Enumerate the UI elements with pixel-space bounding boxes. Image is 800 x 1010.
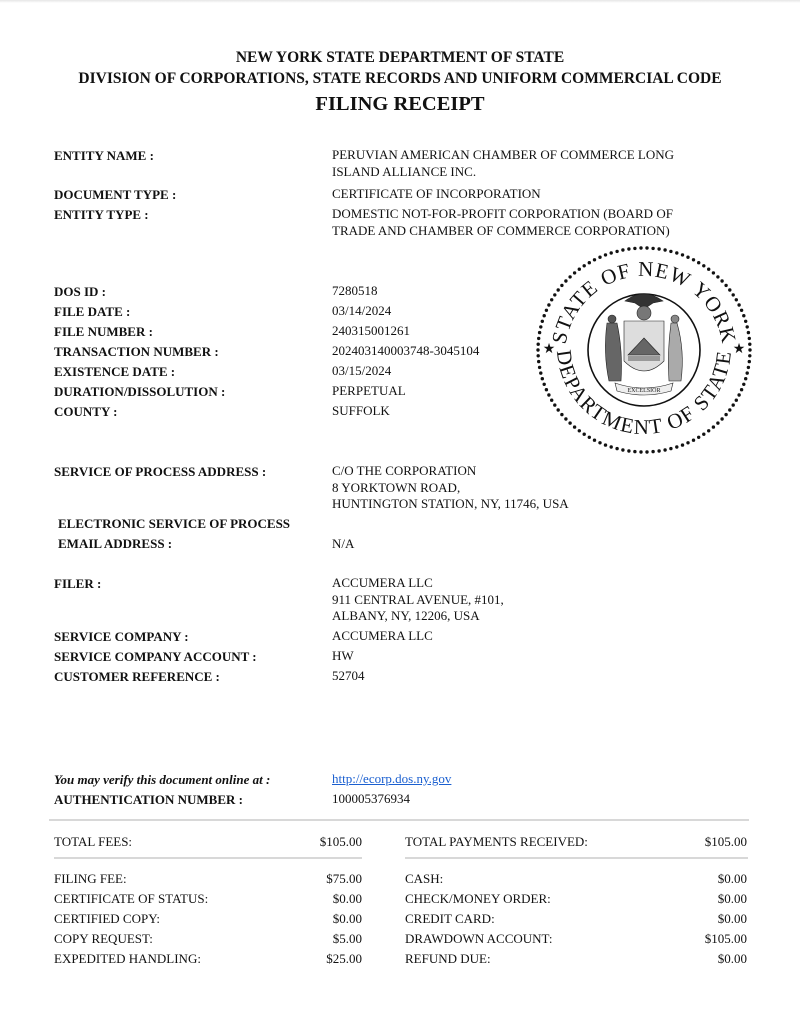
existence-date-label: EXISTENCE DATE : [54,364,175,380]
certificate-of-status-label: CERTIFICATE OF STATUS: [54,891,208,907]
cash-amount: $0.00 [718,871,747,887]
copy-request-amount: $5.00 [333,931,362,947]
total-fees-label: TOTAL FEES: [54,834,132,850]
customer-reference-value: 52704 [332,668,365,685]
certified-copy-amount: $0.00 [333,911,362,927]
file-number-label: FILE NUMBER : [54,324,153,340]
svg-text:EXCELSIOR: EXCELSIOR [628,388,661,394]
file-date-value: 03/14/2024 [332,303,391,320]
authentication-number-value: 100005376934 [332,791,410,808]
cash-label: CASH: [405,871,443,887]
total-payments-label: TOTAL PAYMENTS RECEIVED: [405,834,588,850]
transaction-number-label: TRANSACTION NUMBER : [54,344,219,360]
service-company-label: SERVICE COMPANY : [54,629,189,645]
divider [49,819,749,821]
refund-due-amount: $0.00 [718,951,747,967]
page-top-edge [0,0,800,3]
file-number-value: 240315001261 [332,323,410,340]
filer-value: ACCUMERA LLC 911 CENTRAL AVENUE, #101, A… [332,575,504,625]
check-money-order-label: CHECK/MONEY ORDER: [405,891,551,907]
entity-type-value: DOMESTIC NOT-FOR-PROFIT CORPORATION (BOA… [332,206,673,239]
check-money-order-amount: $0.00 [718,891,747,907]
electronic-sop-label-2: EMAIL ADDRESS : [58,536,172,552]
service-of-process-value: C/O THE CORPORATION 8 YORKTOWN ROAD, HUN… [332,463,569,513]
entity-type-label: ENTITY TYPE : [54,207,149,223]
county-value: SUFFOLK [332,403,390,420]
verify-online-text: You may verify this document online at : [54,772,270,788]
electronic-sop-label-1: ELECTRONIC SERVICE OF PROCESS [58,516,290,532]
certified-copy-label: CERTIFIED COPY: [54,911,160,927]
transaction-number-value: 202403140003748-3045104 [332,343,479,360]
file-date-label: FILE DATE : [54,304,130,320]
entity-name-value: PERUVIAN AMERICAN CHAMBER OF COMMERCE LO… [332,147,674,180]
entity-name-label: ENTITY NAME : [54,148,154,164]
dos-id-label: DOS ID : [54,284,106,300]
drawdown-account-amount: $105.00 [705,931,747,947]
expedited-handling-amount: $25.00 [326,951,362,967]
document-type-value: CERTIFICATE OF INCORPORATION [332,186,541,203]
duration-label: DURATION/DISSOLUTION : [54,384,225,400]
total-fees-amount: $105.00 [320,834,362,850]
payments-divider [405,857,748,859]
division-name: DIVISION OF CORPORATIONS, STATE RECORDS … [0,70,800,88]
refund-due-label: REFUND DUE: [405,951,491,967]
dos-id-value: 7280518 [332,283,378,300]
service-company-account-label: SERVICE COMPANY ACCOUNT : [54,649,257,665]
svg-text:★: ★ [733,342,746,357]
copy-request-label: COPY REQUEST: [54,931,153,947]
drawdown-account-label: DRAWDOWN ACCOUNT: [405,931,552,947]
credit-card-amount: $0.00 [718,911,747,927]
service-company-account-value: HW [332,648,354,665]
fees-divider [54,857,362,859]
document-title: FILING RECEIPT [0,93,800,116]
state-seal-icon: STATE OF NEW YORK DEPARTMENT OF STATE ★ … [533,243,755,457]
service-company-value: ACCUMERA LLC [332,628,433,645]
customer-reference-label: CUSTOMER REFERENCE : [54,669,220,685]
duration-value: PERPETUAL [332,383,406,400]
electronic-sop-value: N/A [332,536,354,553]
filing-fee-label: FILING FEE: [54,871,127,887]
agency-name: NEW YORK STATE DEPARTMENT OF STATE [0,49,800,67]
expedited-handling-label: EXPEDITED HANDLING: [54,951,201,967]
authentication-number-label: AUTHENTICATION NUMBER : [54,792,243,808]
county-label: COUNTY : [54,404,117,420]
certificate-of-status-amount: $0.00 [333,891,362,907]
filing-fee-amount: $75.00 [326,871,362,887]
document-type-label: DOCUMENT TYPE : [54,187,176,203]
total-payments-amount: $105.00 [705,834,747,850]
filer-label: FILER : [54,576,101,592]
service-of-process-label: SERVICE OF PROCESS ADDRESS : [54,464,266,480]
ecorp-link[interactable]: http://ecorp.dos.ny.gov [332,771,451,788]
existence-date-value: 03/15/2024 [332,363,391,380]
svg-text:★: ★ [543,342,556,357]
credit-card-label: CREDIT CARD: [405,911,495,927]
